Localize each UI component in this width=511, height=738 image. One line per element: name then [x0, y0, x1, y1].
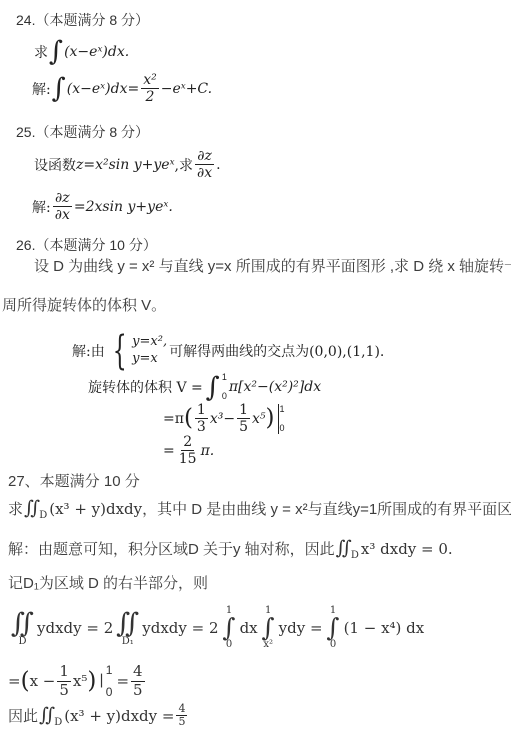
- integral-icon: ∫: [49, 38, 63, 65]
- conclusion-prefix: 因此: [8, 705, 38, 726]
- problem-26-header: 26.（本题满分 10 分）: [16, 235, 157, 255]
- problem-27-header: 27、本题满分 10 分: [8, 470, 140, 491]
- right-paren: ): [87, 670, 96, 693]
- equation-text: dx: [240, 619, 258, 637]
- equation-text: x³ dxdy = 0.: [361, 540, 453, 558]
- equation-text: x³−: [210, 411, 235, 427]
- equation-text: π.: [201, 443, 215, 459]
- problem-27-question: 求 ∬ D (x³ + y)dxdy ，其中 D 是由曲线 y = x²与直线y…: [8, 498, 511, 519]
- equation-text: ydxdy = 2: [142, 619, 218, 637]
- domain-subscript: D₁: [122, 637, 134, 647]
- problem-24-header: 24.（本题满分 8 分）: [16, 10, 149, 30]
- case-top: y=x²,: [132, 334, 167, 351]
- integrand-text: (x−eˣ)dx.: [64, 44, 129, 60]
- domain-subscript: D: [351, 550, 359, 561]
- problem-26-statement-line1: 设 D 为曲线 y = x² 与直线 y=x 所围成的有界平面图形 ,求 D 绕…: [34, 255, 511, 276]
- question-prefix: 求: [8, 498, 23, 519]
- cases-brace: {: [112, 334, 126, 368]
- period: .: [216, 157, 220, 173]
- problem-25-header: 25.（本题满分 8 分）: [16, 122, 149, 142]
- problem-24-solution: 解: ∫ (x−eˣ)dx= x² 2 −eˣ+C.: [32, 72, 212, 105]
- problem-24-question: 求 ∫ (x−eˣ)dx.: [34, 38, 129, 65]
- lower-limit: 0: [280, 424, 285, 433]
- upper-limit: 1: [222, 373, 227, 382]
- equation-system: { y=x², y=x: [107, 334, 167, 368]
- definite-integral: ∫ 1 0: [205, 372, 227, 402]
- problem-27-main-equation: ∬ D ydxdy = 2 ∬ D₁ ydxdy = 2 1 ∫ 0 dx 1 …: [8, 600, 424, 656]
- upper-limit: 1: [106, 664, 113, 676]
- lower-limit: 0: [106, 686, 113, 698]
- problem-26-solution-line4: = 2 15 π.: [163, 434, 214, 467]
- equation-text: x⁵: [252, 411, 266, 427]
- double-integral: ∬ D: [336, 539, 360, 558]
- equation-text: (x³ + y)dxdy =: [64, 707, 174, 725]
- partial-derivative-fraction: ∂z ∂x: [195, 148, 214, 181]
- problem-25-solution: 解: ∂z ∂x =2xsin y+yeˣ.: [32, 190, 173, 223]
- document-page: 24.（本题满分 8 分） 求 ∫ (x−eˣ)dx. 解: ∫ (x−eˣ)d…: [0, 0, 511, 738]
- equals-sign: =: [163, 443, 175, 459]
- equation-text: x⁵: [73, 672, 87, 690]
- fraction: 4 5: [176, 703, 187, 728]
- lower-limit: 0: [226, 640, 232, 650]
- problem-27-solution-line1: 解：由题意可知，积分区域D 关于y 轴对称，因此 ∬ D x³ dxdy = 0…: [8, 538, 453, 559]
- domain-subscript: D: [39, 510, 47, 521]
- equation-text: ydy =: [279, 619, 323, 637]
- equals-sign: =: [116, 672, 129, 690]
- question-text: ，其中 D 是由曲线 y = x²与直线y=1所围成的有界平面区域。: [142, 498, 511, 519]
- problem-26-statement-line2: 周所得旋转体的体积 V。: [2, 294, 166, 315]
- left-paren: (: [184, 407, 193, 430]
- evaluation-limits: 1 0: [104, 663, 113, 699]
- double-integral: ∬ D: [11, 610, 34, 647]
- equation-text: =π: [163, 411, 184, 427]
- problem-27-eval-line: = ( x − 1 5 x⁵ ) ∣ 1 0 = 4 5: [8, 663, 147, 699]
- evaluation-limits: 1 0: [279, 404, 285, 434]
- fraction: 2 15: [177, 434, 199, 467]
- equation-text: x −: [30, 672, 56, 690]
- solution-prefix: 解:由: [72, 341, 105, 361]
- double-integral-icon: ∬: [116, 610, 139, 637]
- upper-limit: 1: [280, 405, 285, 414]
- equation-text: (1 − x⁴) dx: [344, 619, 425, 637]
- solution-text: 可解得两曲线的交点为(0,0),(1,1).: [169, 341, 384, 361]
- integral-icon: ∫: [206, 374, 220, 401]
- definite-integral: 1 ∫ x²: [262, 606, 275, 650]
- double-integral-icon: ∬: [11, 610, 34, 637]
- left-paren: (: [21, 670, 30, 693]
- problem-26-solution-line2: 旋转体的体积 V = ∫ 1 0 π[x²−(x²)²]dx: [88, 372, 321, 402]
- problem-25-question: 设函数 z=x²sin y+yeˣ ,求 ∂z ∂x .: [34, 148, 221, 181]
- lower-limit: 0: [222, 392, 227, 401]
- fraction: x² 2: [141, 72, 159, 105]
- solution-prefix: 解:: [32, 197, 51, 217]
- case-bottom: y=x: [132, 351, 158, 368]
- integral-icon: ∫: [327, 616, 340, 640]
- question-prefix: 求: [34, 42, 48, 62]
- solution-text: 解：由题意可知，积分区域D 关于y 轴对称，因此: [8, 538, 335, 559]
- definite-integral: 1 ∫ 0: [327, 606, 340, 650]
- problem-27-solution-line2: 记D₁为区域 D 的右半部分，则: [8, 572, 208, 593]
- integral-limits: 1 0: [221, 372, 227, 402]
- fraction: 4 5: [131, 663, 145, 699]
- double-integral-icon: ∬: [39, 706, 55, 725]
- integrand-text: (x³ + y)dxdy: [49, 500, 142, 518]
- double-integral: ∬ D: [24, 499, 48, 518]
- solution-prefix: 解:: [32, 79, 51, 99]
- lower-limit: 0: [330, 640, 336, 650]
- question-mid: ,求: [175, 155, 193, 175]
- cases-column: y=x², y=x: [132, 334, 167, 368]
- right-paren: ): [266, 407, 275, 430]
- function-text: z=x²sin y+yeˣ: [76, 157, 175, 173]
- fraction: 1 5: [57, 663, 71, 699]
- partial-derivative-fraction: ∂z ∂x: [53, 190, 72, 223]
- problem-26-solution-line3: =π ( 1 3 x³− 1 5 x⁵ ) 1 0: [163, 402, 285, 435]
- integral-icon: ∫: [52, 75, 66, 102]
- fraction: 1 5: [237, 402, 250, 435]
- volume-label: 旋转体的体积 V =: [88, 377, 203, 397]
- double-integral: ∬ D₁: [116, 610, 139, 647]
- equation-text: −eˣ+C.: [161, 81, 212, 97]
- fraction: 1 3: [195, 402, 208, 435]
- equation-text: ydxdy = 2: [37, 619, 113, 637]
- question-prefix: 设函数: [34, 155, 76, 175]
- lower-limit: x²: [263, 640, 273, 650]
- integrand-text: π[x²−(x²)²]dx: [229, 379, 321, 395]
- double-integral-icon: ∬: [336, 539, 352, 558]
- equals-sign: =: [8, 672, 21, 690]
- integral-icon: ∫: [262, 616, 275, 640]
- equation-text: =2xsin y+yeˣ.: [74, 199, 173, 215]
- integral-icon: ∫: [223, 616, 236, 640]
- double-integral-icon: ∬: [24, 499, 40, 518]
- problem-27-final-line: 因此 ∬ D (x³ + y)dxdy = 4 5: [8, 703, 189, 728]
- problem-26-solution-line1: 解:由 { y=x², y=x 可解得两曲线的交点为(0,0),(1,1).: [72, 334, 384, 368]
- domain-subscript: D: [54, 717, 62, 728]
- double-integral: ∬ D: [39, 706, 63, 725]
- domain-subscript: D: [18, 637, 26, 647]
- equation-text: (x−eˣ)dx=: [67, 81, 139, 97]
- definite-integral: 1 ∫ 0: [223, 606, 236, 650]
